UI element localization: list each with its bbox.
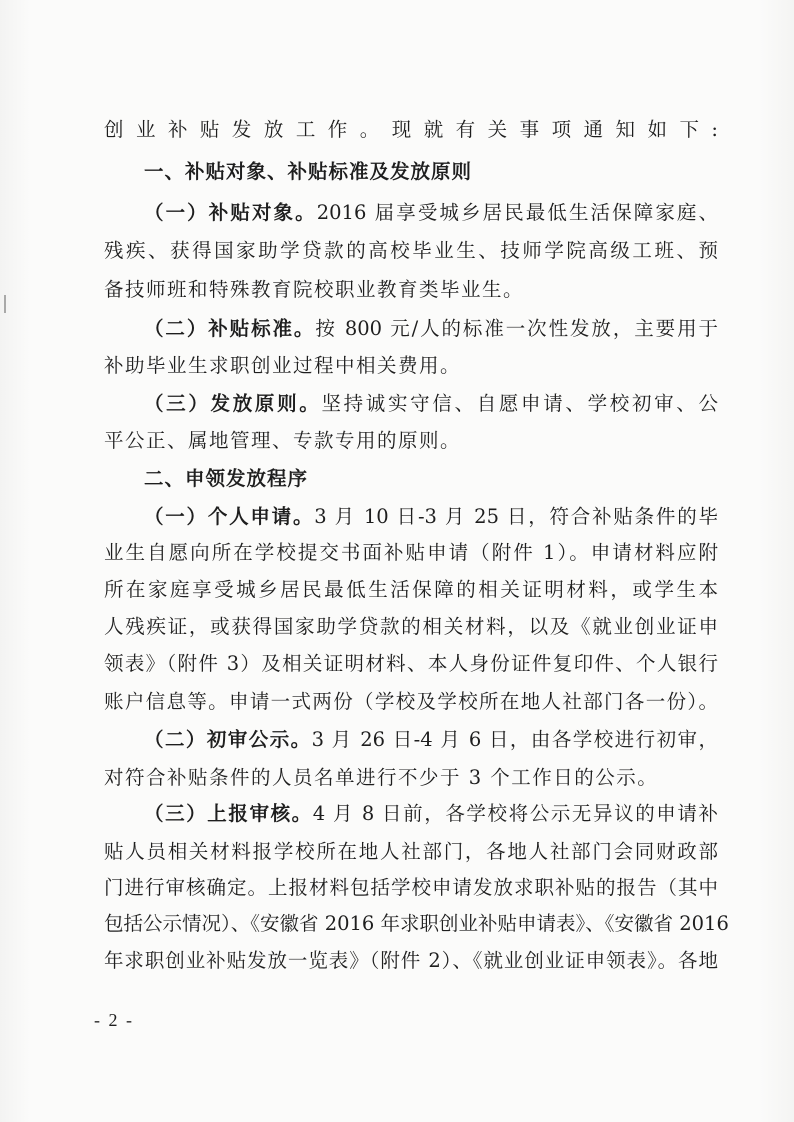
subsection-report-review: （三）上报审核。4 月 8 日前，各学校将公示无异议的申请补 [144, 802, 718, 826]
subsection-subsidy-target: （一）补贴对象。2016 届享受城乡居民最低生活保障家庭、 [144, 201, 718, 225]
subsection-label: （二）补贴标准。 [144, 317, 315, 340]
section-heading-2: 二、申领发放程序 [144, 467, 718, 491]
paragraph-line: 平公正、属地管理、专款专用的原则。 [104, 429, 718, 453]
paragraph-line: 人残疾证，或获得国家助学贷款的相关材料，以及《就业创业证申 [104, 615, 718, 639]
paragraph-line: 所在家庭享受城乡居民最低生活保障的相关证明材料，或学生本 [104, 578, 718, 602]
paragraph-line: 年求职创业补贴发放一览表》（附件 2）、《就业创业证申领表》。各地 [104, 949, 718, 973]
paragraph-line: 业生自愿向所在学校提交书面补贴申请（附件 1）。申请材料应附 [104, 541, 718, 565]
subsection-distribution-principle: （三）发放原则。坚持诚实守信、自愿申请、学校初审、公 [144, 392, 718, 416]
page-number: - 2 - [94, 1010, 134, 1031]
subsection-label: （二）初审公示。 [144, 728, 312, 751]
paragraph-line: 贴人员相关材料报学校所在地人社部门，各地人社部门会同财政部 [104, 840, 718, 864]
paragraph-line: 领表》（附件 3）及相关证明材料、本人身份证件复印件、个人银行 [104, 652, 718, 676]
subsection-personal-application: （一）个人申请。3 月 10 日-3 月 25 日，符合补贴条件的毕 [144, 505, 718, 529]
subsection-label: （一）补贴对象。 [144, 201, 317, 224]
subsection-label: （一）个人申请。 [144, 505, 314, 528]
paragraph-line: 账户信息等。申请一式两份（学校及学校所在地人社部门各一份）。 [104, 690, 718, 714]
scan-margin-mark [4, 295, 6, 313]
paragraph-line: 门进行审核确定。上报材料包括学校申请发放求职补贴的报告（其中 [104, 876, 718, 900]
paragraph-line: 补助毕业生求职创业过程中相关费用。 [104, 354, 718, 378]
paragraph-line: 包括公示情况）、《安徽省 2016 年求职创业补贴申请表》、《安徽省 2016 [104, 912, 718, 936]
paragraph-line: 备技师班和特殊教育院校职业教育类毕业生。 [104, 278, 718, 302]
subsection-label: （三）发放原则。 [144, 392, 321, 415]
subsection-preliminary-review: （二）初审公示。3 月 26 日-4 月 6 日，由各学校进行初审， [144, 728, 718, 752]
paragraph-line: 创业补贴发放工作。现就有关事项通知如下: [104, 118, 718, 142]
subsection-subsidy-standard: （二）补贴标准。按 800 元/人的标准一次性发放，主要用于 [144, 317, 718, 341]
paragraph-line: 残疾、获得国家助学贷款的高校毕业生、技师学院高级工班、预 [104, 239, 718, 263]
section-heading-1: 一、补贴对象、补贴标准及发放原则 [144, 160, 718, 184]
paragraph-line: 对符合补贴条件的人员名单进行不少于 3 个工作日的公示。 [104, 766, 718, 790]
document-page: 创业补贴发放工作。现就有关事项通知如下: 一、补贴对象、补贴标准及发放原则 （一… [0, 0, 794, 1122]
subsection-label: （三）上报审核。 [144, 802, 313, 825]
